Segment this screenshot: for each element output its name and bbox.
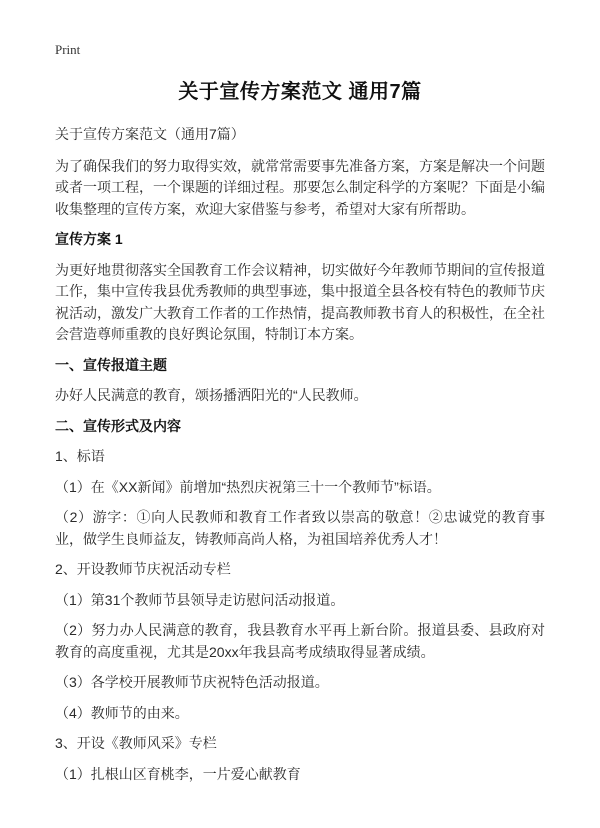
item-2-point-3: （3）各学校开展教师节庆祝特色活动报道。 [55,672,545,694]
item-1-slogan-heading: 1、标语 [55,446,545,468]
document-body: 为了确保我们的努力取得实效，就常常需要事先准备方案，方案是解决一个问题或者一项工… [55,156,545,786]
section-1-paragraph: 办好人民满意的教育，颂扬播洒阳光的“人民教师。 [55,385,545,407]
page-title: 关于宣传方案范文 通用7篇 [55,80,545,104]
plan-1-intro-paragraph: 为更好地贯彻落实全国教育工作会议精神，切实做好今年教师节期间的宣传报道工作，集中… [55,260,545,346]
item-3-column-heading: 3、开设《教师风采》专栏 [55,733,545,755]
item-2-column-heading: 2、开设教师节庆祝活动专栏 [55,559,545,581]
item-1-point-2: （2）游字：①向人民教师和教育工作者致以崇高的敬意！②忠诚党的教育事业，做学生良… [55,507,545,550]
section-2-heading: 二、宣传形式及内容 [55,416,545,438]
section-1-heading: 一、宣传报道主题 [55,355,545,377]
item-3-point-1: （1）扎根山区育桃李，一片爱心献教育 [55,764,545,786]
plan-1-heading: 宣传方案 1 [55,229,545,251]
item-2-point-2: （2）努力办人民满意的教育，我县教育水平再上新台阶。报道县委、县政府对教育的高度… [55,620,545,663]
item-1-point-1: （1）在《XX新闻》前增加“热烈庆祝第三十一个教师节”标语。 [55,477,545,499]
item-2-point-1: （1）第31个教师节县领导走访慰问活动报道。 [55,590,545,612]
print-link[interactable]: Print [55,42,545,58]
item-2-point-4: （4）教师节的由来。 [55,703,545,725]
document-page: Print 关于宣传方案范文 通用7篇 关于宣传方案范文（通用7篇） 为了确保我… [0,0,600,828]
intro-paragraph: 为了确保我们的努力取得实效，就常常需要事先准备方案，方案是解决一个问题或者一项工… [55,156,545,221]
document-subtitle: 关于宣传方案范文（通用7篇） [55,124,545,146]
